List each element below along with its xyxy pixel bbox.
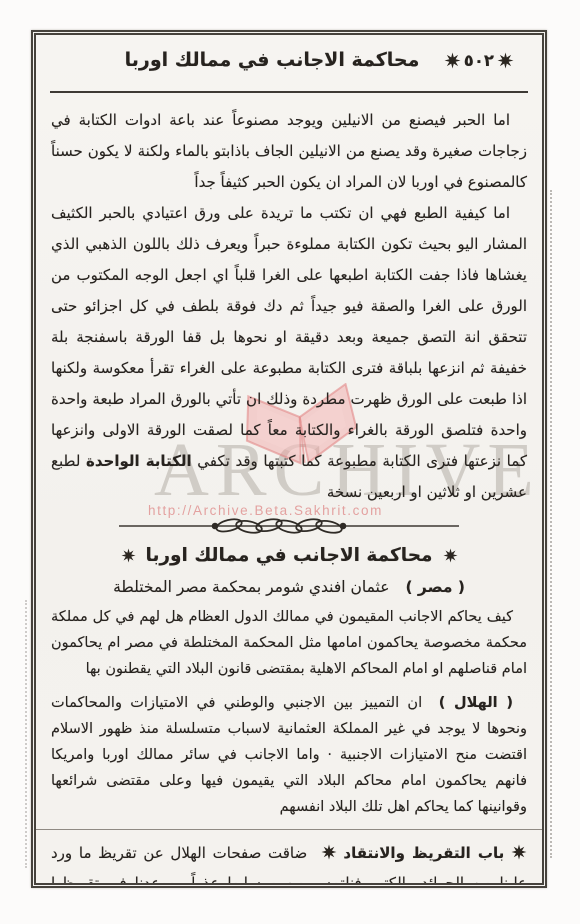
page-border-frame: ARCHIVE http://Archive.Beta.Sakhrit.com …: [31, 30, 547, 888]
scanned-magazine-page: ARCHIVE http://Archive.Beta.Sakhrit.com …: [0, 0, 580, 924]
section-heading-text: محاكمة الاجانب في ممالك اوربا: [146, 545, 433, 566]
section-rule: [36, 829, 542, 830]
paragraph-printing: اما كيفية الطبع فهي ان تكتب ما تريدة على…: [51, 198, 527, 508]
byline-location: ( مصر ): [405, 578, 464, 596]
review-section-title: باب التقريظ والانتقاد: [343, 844, 504, 862]
answer-paragraph: ( الهلال ) ان التمييز بين الاجنبي والوطن…: [51, 690, 527, 820]
byline: ( مصر ) عثمان افندي شومر بمحكمة مصر المخ…: [36, 578, 542, 596]
ornament-star-icon: [321, 844, 337, 860]
ornament-star-icon: [443, 548, 458, 563]
running-header: محاكمة الاجانب في ممالك اوربا ٥٠٢: [36, 45, 542, 87]
braided-divider-ornament: [119, 517, 459, 535]
paragraph-printing-lead: اما كيفية الطبع فهي ان تكتب ما تريدة على…: [51, 204, 527, 470]
scan-artifact-dots-left: [25, 600, 27, 868]
ornament-star-icon: [444, 52, 461, 69]
review-section: باب التقريظ والانتقاد ضاقت صفحات الهلال …: [51, 838, 527, 883]
answer-text: ان التمييز بين الاجنبي والوطني في الامتي…: [51, 695, 527, 815]
page-content: محاكمة الاجانب في ممالك اوربا ٥٠٢ اما ال…: [36, 35, 542, 883]
paragraph-ink: اما الحبر فيصنع من الانيلين ويوجد مصنوعا…: [51, 105, 527, 198]
page-number: ٥٠٢: [444, 51, 514, 70]
ornament-star-icon: [121, 548, 136, 563]
page-number-value: ٥٠٢: [464, 51, 494, 70]
section-heading: محاكمة الاجانب في ممالك اوربا: [36, 545, 542, 566]
ornament-star-icon: [511, 844, 527, 860]
running-title: محاكمة الاجانب في ممالك اوربا: [76, 49, 468, 71]
header-rule: [50, 91, 528, 93]
answer-label: ( الهلال ): [439, 695, 513, 711]
scan-artifact-dots-right: [550, 190, 552, 858]
byline-author: عثمان افندي شومر بمحكمة مصر المختلطة: [113, 578, 389, 596]
ornament-star-icon: [497, 52, 514, 69]
question-paragraph: كيف يحاكم الاجانب المقيمون في ممالك الدو…: [51, 604, 527, 682]
paragraph-printing-bold: الكتابة الواحدة: [86, 452, 192, 470]
